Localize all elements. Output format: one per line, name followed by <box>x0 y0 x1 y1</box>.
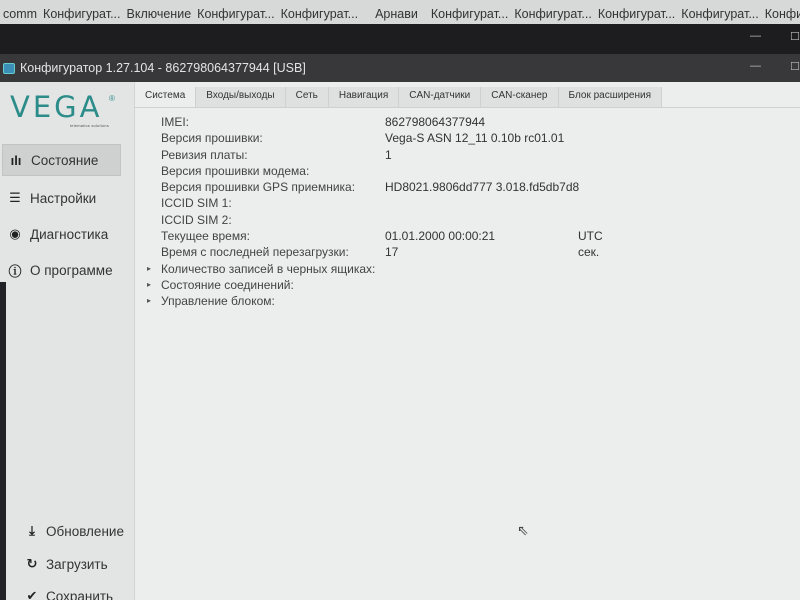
expand-caret-icon[interactable]: ▸ <box>147 261 151 277</box>
save-button[interactable]: ✔ Сохранить <box>24 588 113 600</box>
expand-caret-icon[interactable]: ▸ <box>147 293 151 309</box>
group-label: Состояние соединений: <box>161 277 294 293</box>
info-row-firmware: Версия прошивки: Vega-S ASN 12_11 0.10b … <box>147 130 787 146</box>
info-value: 1 <box>385 147 392 163</box>
expand-caret-icon[interactable]: ▸ <box>147 277 151 293</box>
load-button[interactable]: ↻ Загрузить <box>24 556 108 572</box>
app-window: VEGA ® telematics solutions ılı Состояни… <box>0 82 800 600</box>
info-row-iccid-sim2: ICCID SIM 2: <box>147 212 787 228</box>
taskbar-item[interactable]: Конфигурат... <box>595 7 678 24</box>
taskbar-item[interactable]: Конфигурат... <box>421 7 511 24</box>
minimize-icon[interactable]: — <box>750 30 761 42</box>
check-icon: ✔ <box>24 588 40 600</box>
info-row-current-time: Текущее время: 01.01.2000 00:00:21 UTC <box>147 228 787 244</box>
taskbar-item[interactable]: Конфигурат... <box>511 7 594 24</box>
taskbar-item[interactable]: Конфигурат... <box>678 7 761 24</box>
group-label: Управление блоком: <box>161 293 275 309</box>
info-value: 862798064377944 <box>385 114 485 130</box>
reload-icon: ↻ <box>24 556 40 572</box>
maximize-button[interactable]: ☐ <box>790 60 800 73</box>
info-value: Vega-S ASN 12_11 0.10b rc01.01 <box>385 130 564 146</box>
info-row-uptime: Время с последней перезагрузки: 17 сек. <box>147 244 787 260</box>
tab-network[interactable]: Сеть <box>286 87 329 107</box>
main-panel: Система Входы/выходы Сеть Навигация CAN-… <box>135 82 800 600</box>
window-titlebar: Конфигуратор 1.27.104 - 862798064377944 … <box>0 54 800 82</box>
info-row-iccid-sim1: ICCID SIM 1: <box>147 195 787 211</box>
background-window-edge <box>0 282 6 600</box>
taskbar-item[interactable]: Арнави <box>361 7 421 24</box>
info-unit: UTC <box>578 228 603 244</box>
tab-can-sensors[interactable]: CAN-датчики <box>399 87 481 107</box>
sidebar: VEGA ® telematics solutions ılı Состояни… <box>0 82 135 600</box>
minimize-button[interactable]: — <box>750 60 761 72</box>
sidebar-item-label: Настройки <box>30 191 96 206</box>
info-icon: ⓘ <box>6 261 24 280</box>
tab-navigation[interactable]: Навигация <box>329 87 399 107</box>
sidebar-item-diagnostics[interactable]: ◉ Диагностика <box>2 218 121 250</box>
info-label: IMEI: <box>161 114 189 130</box>
info-label: Ревизия платы: <box>161 147 248 163</box>
info-label: Текущее время: <box>161 228 250 244</box>
app-icon <box>3 63 15 74</box>
tab-system[interactable]: Система <box>135 87 196 107</box>
taskbar-item[interactable]: Конфигурат... <box>194 7 277 24</box>
info-label: ICCID SIM 2: <box>161 212 232 228</box>
registered-mark: ® <box>109 94 115 103</box>
update-button[interactable]: ⤓ Обновление <box>24 523 124 539</box>
group-connection-status[interactable]: ▸ Состояние соединений: <box>147 277 787 293</box>
taskbar-item[interactable]: Конфигурат... <box>762 7 800 24</box>
sidebar-item-settings[interactable]: ☰ Настройки <box>2 182 121 214</box>
eye-icon: ◉ <box>6 226 24 242</box>
info-row-modem-firmware: Версия прошивки модема: <box>147 163 787 179</box>
sidebar-item-label: Состояние <box>31 153 98 168</box>
info-label: Версия прошивки модема: <box>161 163 309 179</box>
sliders-icon: ☰ <box>6 190 24 206</box>
info-unit: сек. <box>578 244 599 260</box>
save-label: Сохранить <box>46 589 113 600</box>
maximize-icon[interactable]: ☐ <box>790 30 800 43</box>
info-label: Версия прошивки GPS приемника: <box>161 179 355 195</box>
tab-can-scanner[interactable]: CAN-сканер <box>481 87 558 107</box>
taskbar-item[interactable]: Конфигурат... <box>278 7 361 24</box>
info-label: Время с последней перезагрузки: <box>161 244 349 260</box>
sidebar-item-status[interactable]: ılı Состояние <box>2 144 121 176</box>
taskbar-item[interactable]: comm <box>0 7 40 24</box>
info-value: 17 <box>385 244 398 260</box>
taskbar-item[interactable]: Конфигурат... <box>40 7 123 24</box>
sidebar-item-label: О программе <box>30 263 113 278</box>
system-info-list: IMEI: 862798064377944 Версия прошивки: V… <box>147 114 787 310</box>
sidebar-item-about[interactable]: ⓘ О программе <box>2 254 121 286</box>
info-row-gps-firmware: Версия прошивки GPS приемника: HD8021.98… <box>147 179 787 195</box>
vega-logo: VEGA ® telematics solutions <box>10 92 115 130</box>
info-label: ICCID SIM 1: <box>161 195 232 211</box>
tab-io[interactable]: Входы/выходы <box>196 87 285 107</box>
group-blackbox-records[interactable]: ▸ Количество записей в черных ящиках: <box>147 261 787 277</box>
download-icon: ⤓ <box>24 523 40 539</box>
taskbar-item[interactable]: Включение <box>124 7 195 24</box>
info-row-board-revision: Ревизия платы: 1 <box>147 147 787 163</box>
info-label: Версия прошивки: <box>161 130 263 146</box>
logo-text: VEGA <box>10 92 115 122</box>
logo-tagline: telematics solutions <box>70 123 109 128</box>
info-value: HD8021.9806dd777 3.018.fd5db7d8 <box>385 179 579 195</box>
update-label: Обновление <box>46 524 124 539</box>
group-unit-control[interactable]: ▸ Управление блоком: <box>147 293 787 309</box>
group-label: Количество записей в черных ящиках: <box>161 261 375 277</box>
tab-bar: Система Входы/выходы Сеть Навигация CAN-… <box>135 87 800 108</box>
os-taskbar: comm Конфигурат... Включение Конфигурат.… <box>0 0 800 24</box>
info-row-imei: IMEI: 862798064377944 <box>147 114 787 130</box>
window-title: Конфигуратор 1.27.104 - 862798064377944 … <box>20 61 306 75</box>
mouse-cursor-icon: ⇖ <box>517 522 529 539</box>
bar-chart-icon: ılı <box>7 153 25 168</box>
tab-expansion-block[interactable]: Блок расширения <box>559 87 663 107</box>
load-label: Загрузить <box>46 557 108 572</box>
info-value: 01.01.2000 00:00:21 <box>385 228 495 244</box>
sidebar-item-label: Диагностика <box>30 227 108 242</box>
background-window-titlebar: — ☐ <box>0 24 800 54</box>
